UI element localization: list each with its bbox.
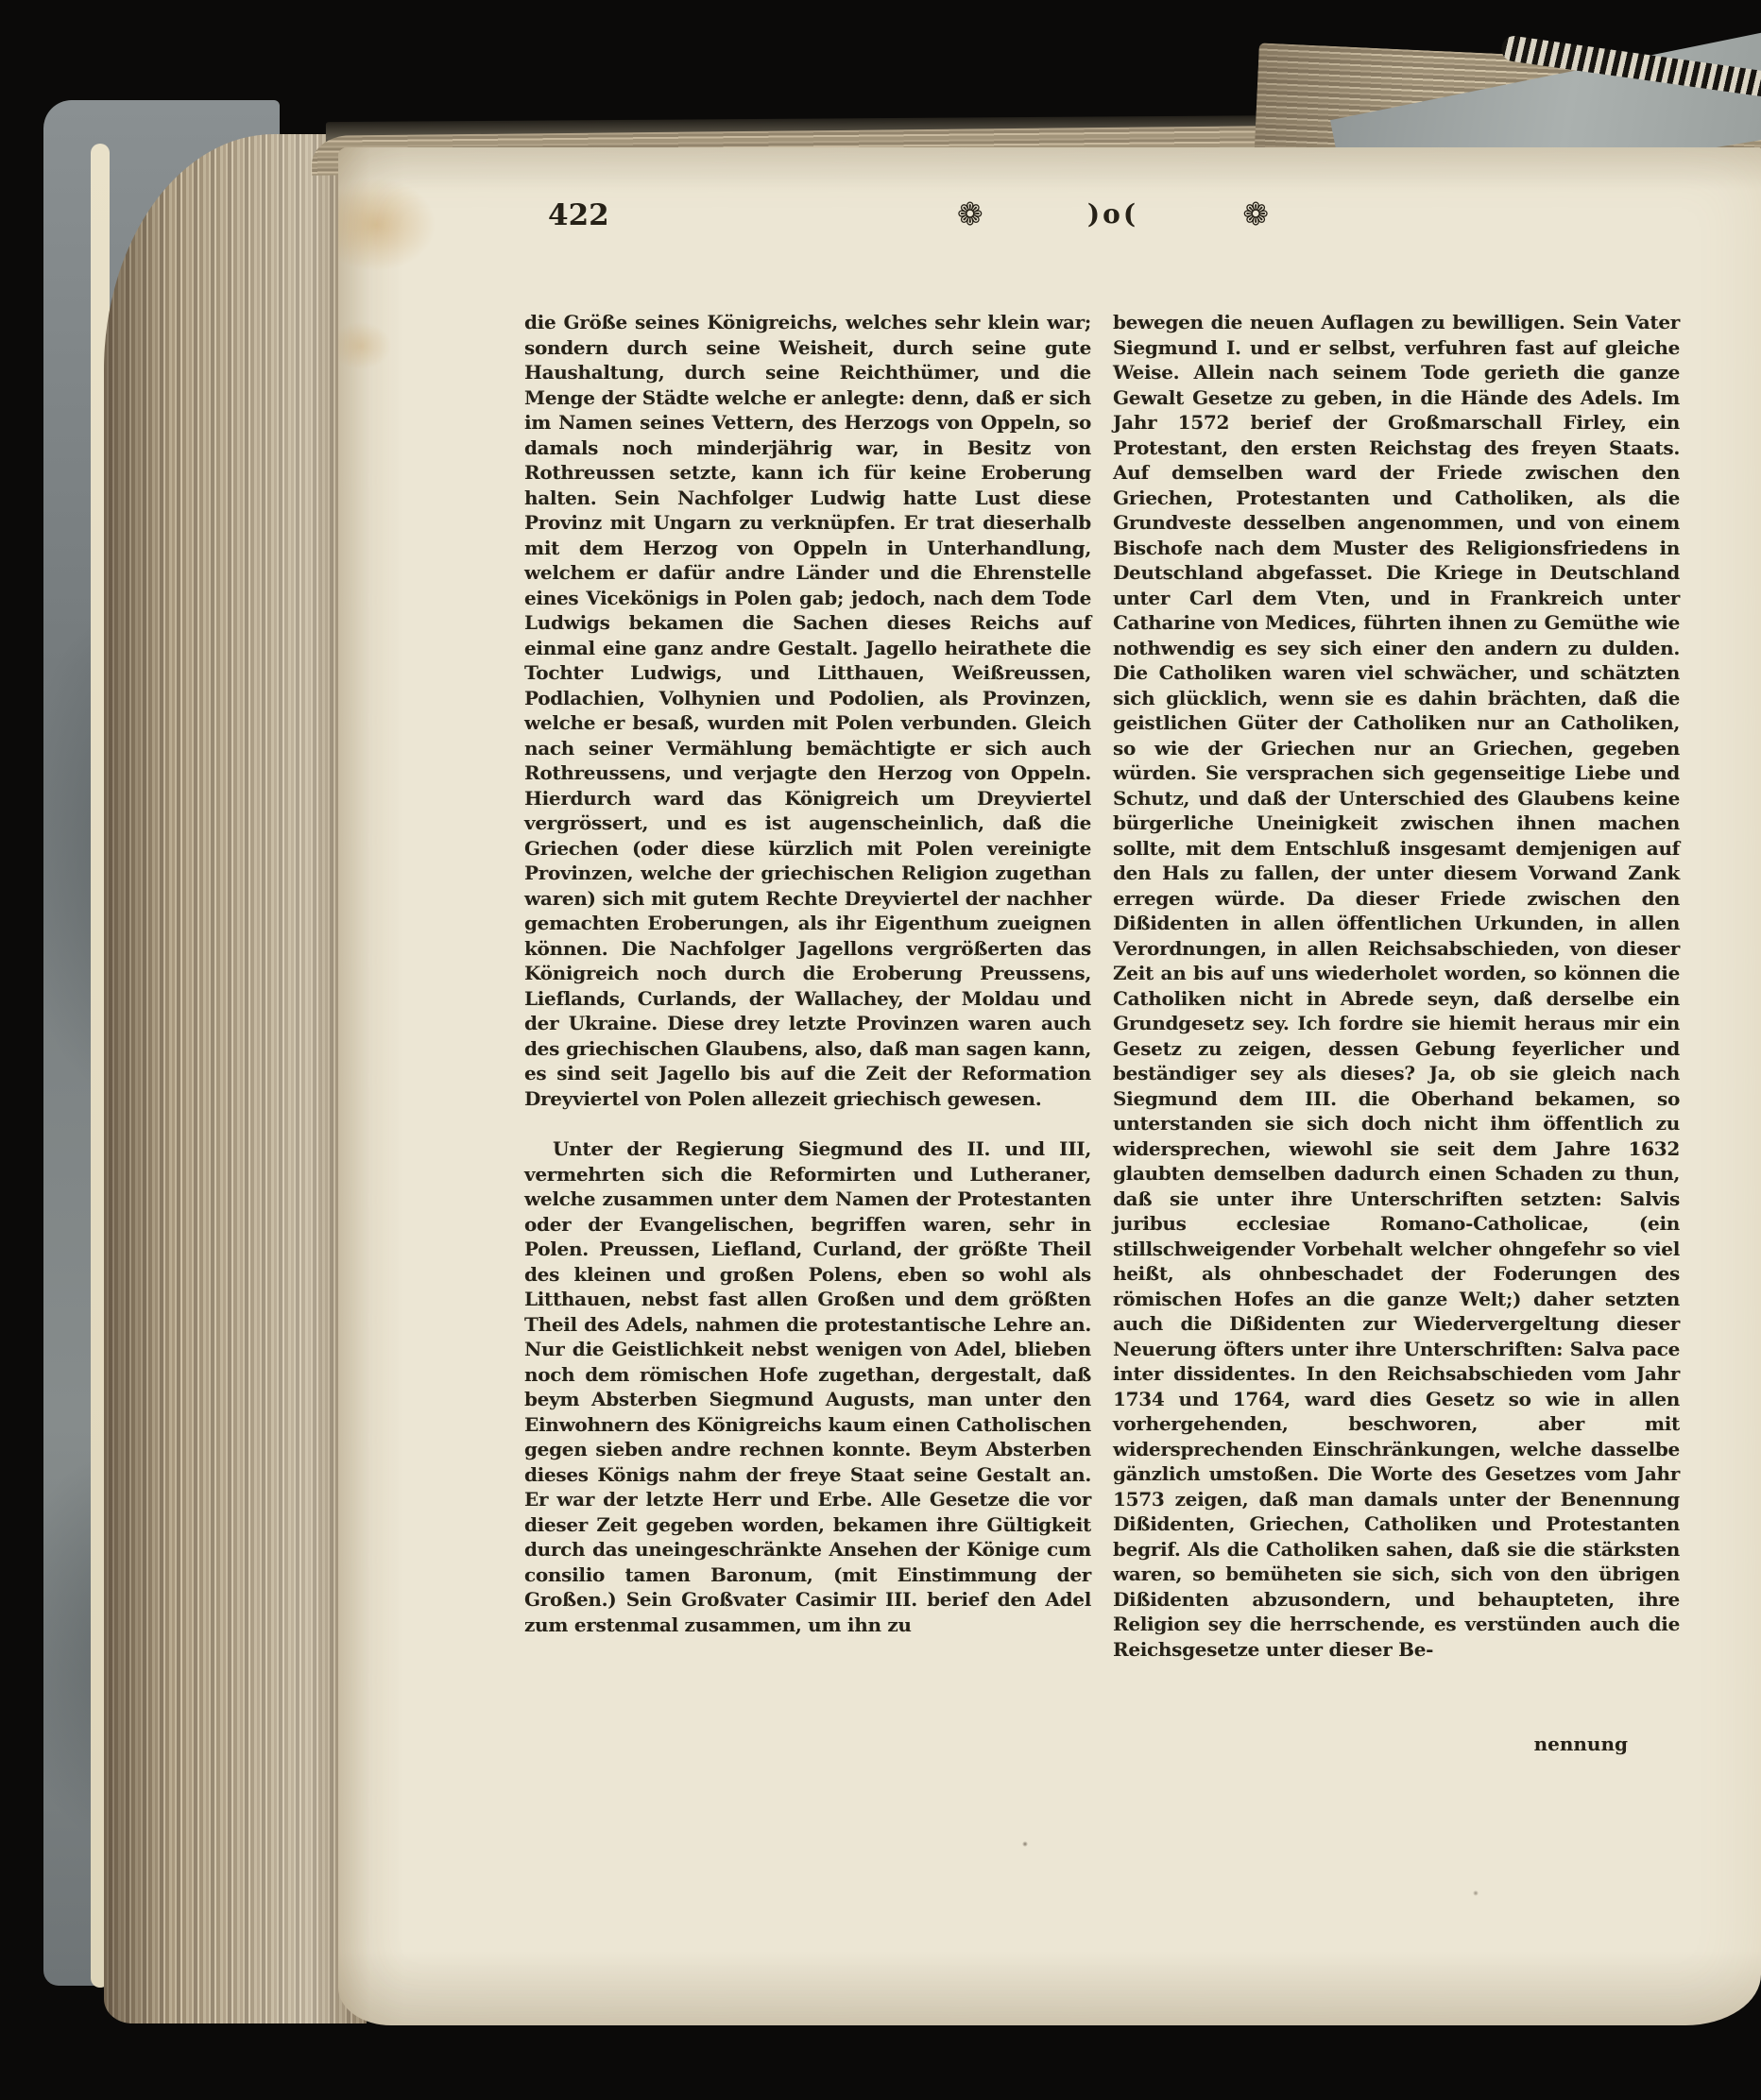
header-ornaments: ❁ )o( ❁ xyxy=(957,198,1269,230)
paragraph-left-1: die Größe seines Königreichs, welches se… xyxy=(524,310,1091,1111)
book-page: 422 ❁ )o( ❁ die Größe seines Königreichs… xyxy=(338,147,1761,2025)
book-photo: 422 ❁ )o( ❁ die Größe seines Königreichs… xyxy=(0,0,1761,2100)
fleuron-right-icon: ❁ xyxy=(1242,198,1269,230)
signature-mark: )o( xyxy=(1087,198,1138,230)
paragraph-right-1: bewegen die neuen Auflagen zu bewilligen… xyxy=(1113,310,1680,1662)
catchword: nennung xyxy=(1113,1733,1628,1755)
page-number: 422 xyxy=(548,198,609,232)
fleuron-left-icon: ❁ xyxy=(957,198,983,230)
paragraph-left-2: Unter der Regierung Siegmund des II. und… xyxy=(524,1136,1091,1637)
text-column-right: bewegen die neuen Auflagen zu bewilligen… xyxy=(1113,310,1680,1662)
page-edges-fore-edge xyxy=(104,134,367,2023)
text-column-left: die Größe seines Königreichs, welches se… xyxy=(524,310,1091,1637)
